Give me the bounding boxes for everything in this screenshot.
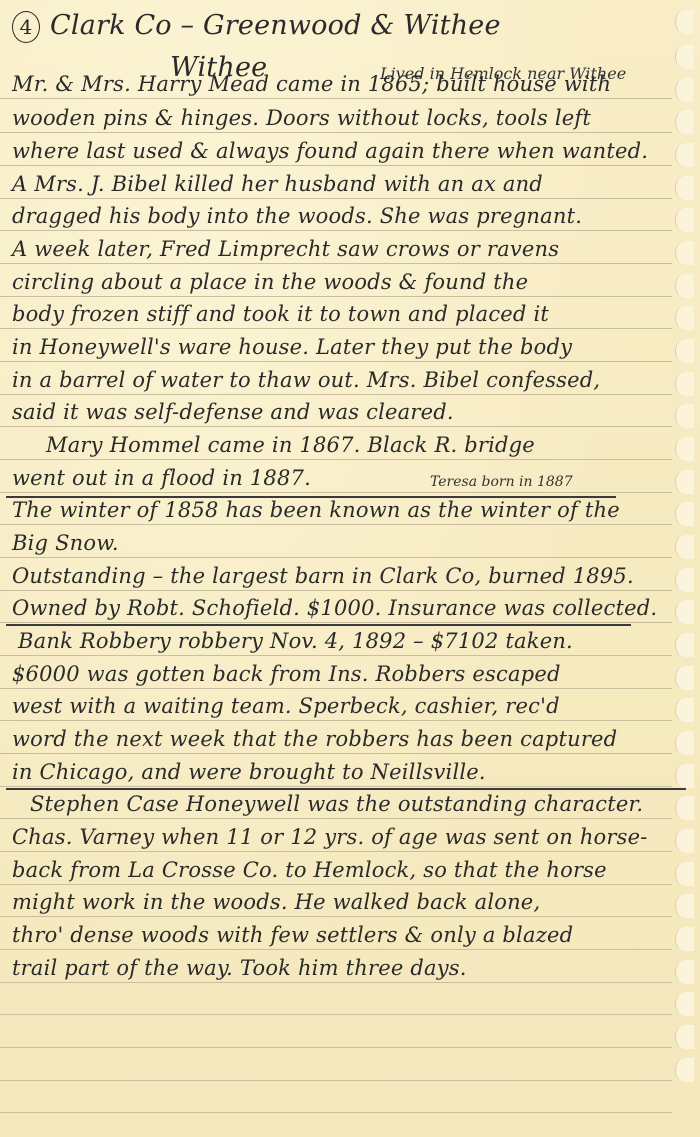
notebook-page: 4Clark Co – Greenwood & Withee Withee Li… bbox=[0, 0, 700, 1137]
text-line: back from La Crosse Co. to Hemlock, so t… bbox=[12, 858, 607, 882]
text-line: west with a waiting team. Sperbeck, cash… bbox=[12, 694, 560, 718]
page-title: Clark Co – Greenwood & Withee bbox=[50, 10, 501, 41]
punch-hole bbox=[675, 241, 694, 265]
punch-hole bbox=[675, 960, 694, 984]
text-line: went out in a flood in 1887. bbox=[12, 466, 311, 490]
punch-hole bbox=[675, 404, 694, 428]
text-line: dragged his body into the woods. She was… bbox=[12, 204, 582, 228]
text-line: Mary Hommel came in 1867. Black R. bridg… bbox=[46, 433, 535, 457]
text-line: trail part of the way. Took him three da… bbox=[12, 956, 467, 980]
text-line: word the next week that the robbers has … bbox=[12, 727, 617, 751]
ruled-line bbox=[0, 851, 672, 852]
ruled-line bbox=[0, 884, 672, 885]
punch-hole bbox=[675, 45, 694, 69]
ruled-line bbox=[0, 328, 672, 329]
punch-hole bbox=[675, 502, 694, 526]
punch-hole bbox=[675, 666, 694, 690]
punch-hole bbox=[675, 927, 694, 951]
ruled-line bbox=[0, 688, 672, 689]
text-line: wooden pins & hinges. Doors without lock… bbox=[12, 106, 591, 130]
ruled-line bbox=[0, 818, 672, 819]
text-line: in a barrel of water to thaw out. Mrs. B… bbox=[12, 368, 600, 392]
punch-hole bbox=[675, 274, 694, 298]
text-line: Mr. & Mrs. Harry Mead came in 1865; buil… bbox=[12, 72, 611, 96]
page-number-circle: 4 bbox=[12, 11, 40, 43]
text-line: where last used & always found again the… bbox=[12, 139, 648, 163]
punch-hole bbox=[675, 796, 694, 820]
punch-hole bbox=[675, 1025, 694, 1049]
text-line: in Honeywell's ware house. Later they pu… bbox=[12, 335, 572, 359]
inline-note-teresa: Teresa born in 1887 bbox=[430, 474, 573, 490]
text-line: said it was self-defense and was cleared… bbox=[12, 400, 454, 424]
ruled-line bbox=[0, 982, 672, 983]
punch-hole bbox=[675, 10, 694, 34]
punch-hole bbox=[675, 78, 694, 102]
text-line: body frozen stiff and took it to town an… bbox=[12, 302, 549, 326]
ruled-line bbox=[0, 165, 672, 166]
ruled-line bbox=[0, 426, 672, 427]
punch-hole bbox=[675, 992, 694, 1016]
text-line: A Mrs. J. Bibel killed her husband with … bbox=[12, 172, 543, 196]
text-line: might work in the woods. He walked back … bbox=[12, 890, 540, 914]
punch-hole bbox=[675, 176, 694, 200]
ruled-line bbox=[0, 590, 672, 591]
ruled-line bbox=[0, 263, 672, 264]
ruled-line bbox=[0, 296, 672, 297]
text-line: Outstanding – the largest barn in Clark … bbox=[12, 564, 634, 588]
punch-hole bbox=[675, 862, 694, 886]
ruled-line bbox=[0, 786, 672, 787]
punch-hole bbox=[675, 372, 694, 396]
text-line: Owned by Robt. Schofield. $1000. Insuran… bbox=[12, 596, 657, 620]
ruled-line bbox=[0, 132, 672, 133]
punch-hole bbox=[675, 470, 694, 494]
text-line: Chas. Varney when 11 or 12 yrs. of age w… bbox=[12, 825, 648, 849]
ruled-line bbox=[0, 492, 672, 493]
ruled-line bbox=[0, 524, 672, 525]
punch-hole bbox=[675, 339, 694, 363]
text-line: Stephen Case Honeywell was the outstandi… bbox=[30, 792, 643, 816]
punch-hole bbox=[675, 894, 694, 918]
text-line: $6000 was gotten back from Ins. Robbers … bbox=[12, 662, 561, 686]
ruled-line bbox=[0, 394, 672, 395]
ruled-line bbox=[0, 230, 672, 231]
punch-hole bbox=[675, 568, 694, 592]
punch-hole bbox=[675, 535, 694, 559]
punch-hole bbox=[675, 829, 694, 853]
text-line: circling about a place in the woods & fo… bbox=[12, 270, 528, 294]
ruled-line bbox=[0, 459, 672, 460]
text-line: Bank Robbery robbery Nov. 4, 1892 – $710… bbox=[18, 629, 573, 653]
ruled-line bbox=[0, 1080, 672, 1081]
punch-hole bbox=[675, 764, 694, 788]
section-divider bbox=[6, 624, 631, 626]
text-line: thro' dense woods with few settlers & on… bbox=[12, 923, 573, 947]
text-line: The winter of 1858 has been known as the… bbox=[12, 498, 620, 522]
ruled-line bbox=[0, 753, 672, 754]
section-divider bbox=[6, 788, 686, 790]
page-heading: 4Clark Co – Greenwood & Withee bbox=[12, 10, 501, 43]
ruled-line bbox=[0, 720, 672, 721]
ruled-line bbox=[0, 916, 672, 917]
punch-hole bbox=[675, 437, 694, 461]
ruled-line bbox=[0, 655, 672, 656]
punch-hole bbox=[675, 600, 694, 624]
punch-hole bbox=[675, 208, 694, 232]
text-line: in Chicago, and were brought to Neillsvi… bbox=[12, 760, 486, 784]
punch-hole bbox=[675, 731, 694, 755]
ruled-line bbox=[0, 98, 672, 99]
ruled-line bbox=[0, 622, 672, 623]
punch-hole bbox=[675, 698, 694, 722]
punch-hole bbox=[675, 143, 694, 167]
ruled-line bbox=[0, 1014, 672, 1015]
punch-hole bbox=[675, 633, 694, 657]
ruled-line bbox=[0, 949, 672, 950]
ruled-line bbox=[0, 1112, 672, 1113]
ruled-line bbox=[0, 361, 672, 362]
punch-hole bbox=[675, 110, 694, 134]
punch-hole bbox=[675, 306, 694, 330]
ruled-line bbox=[0, 198, 672, 199]
ruled-line bbox=[0, 557, 672, 558]
text-line: A week later, Fred Limprecht saw crows o… bbox=[12, 237, 559, 261]
punch-hole bbox=[675, 1058, 694, 1082]
ruled-line bbox=[0, 1047, 672, 1048]
text-line: Big Snow. bbox=[12, 531, 119, 555]
